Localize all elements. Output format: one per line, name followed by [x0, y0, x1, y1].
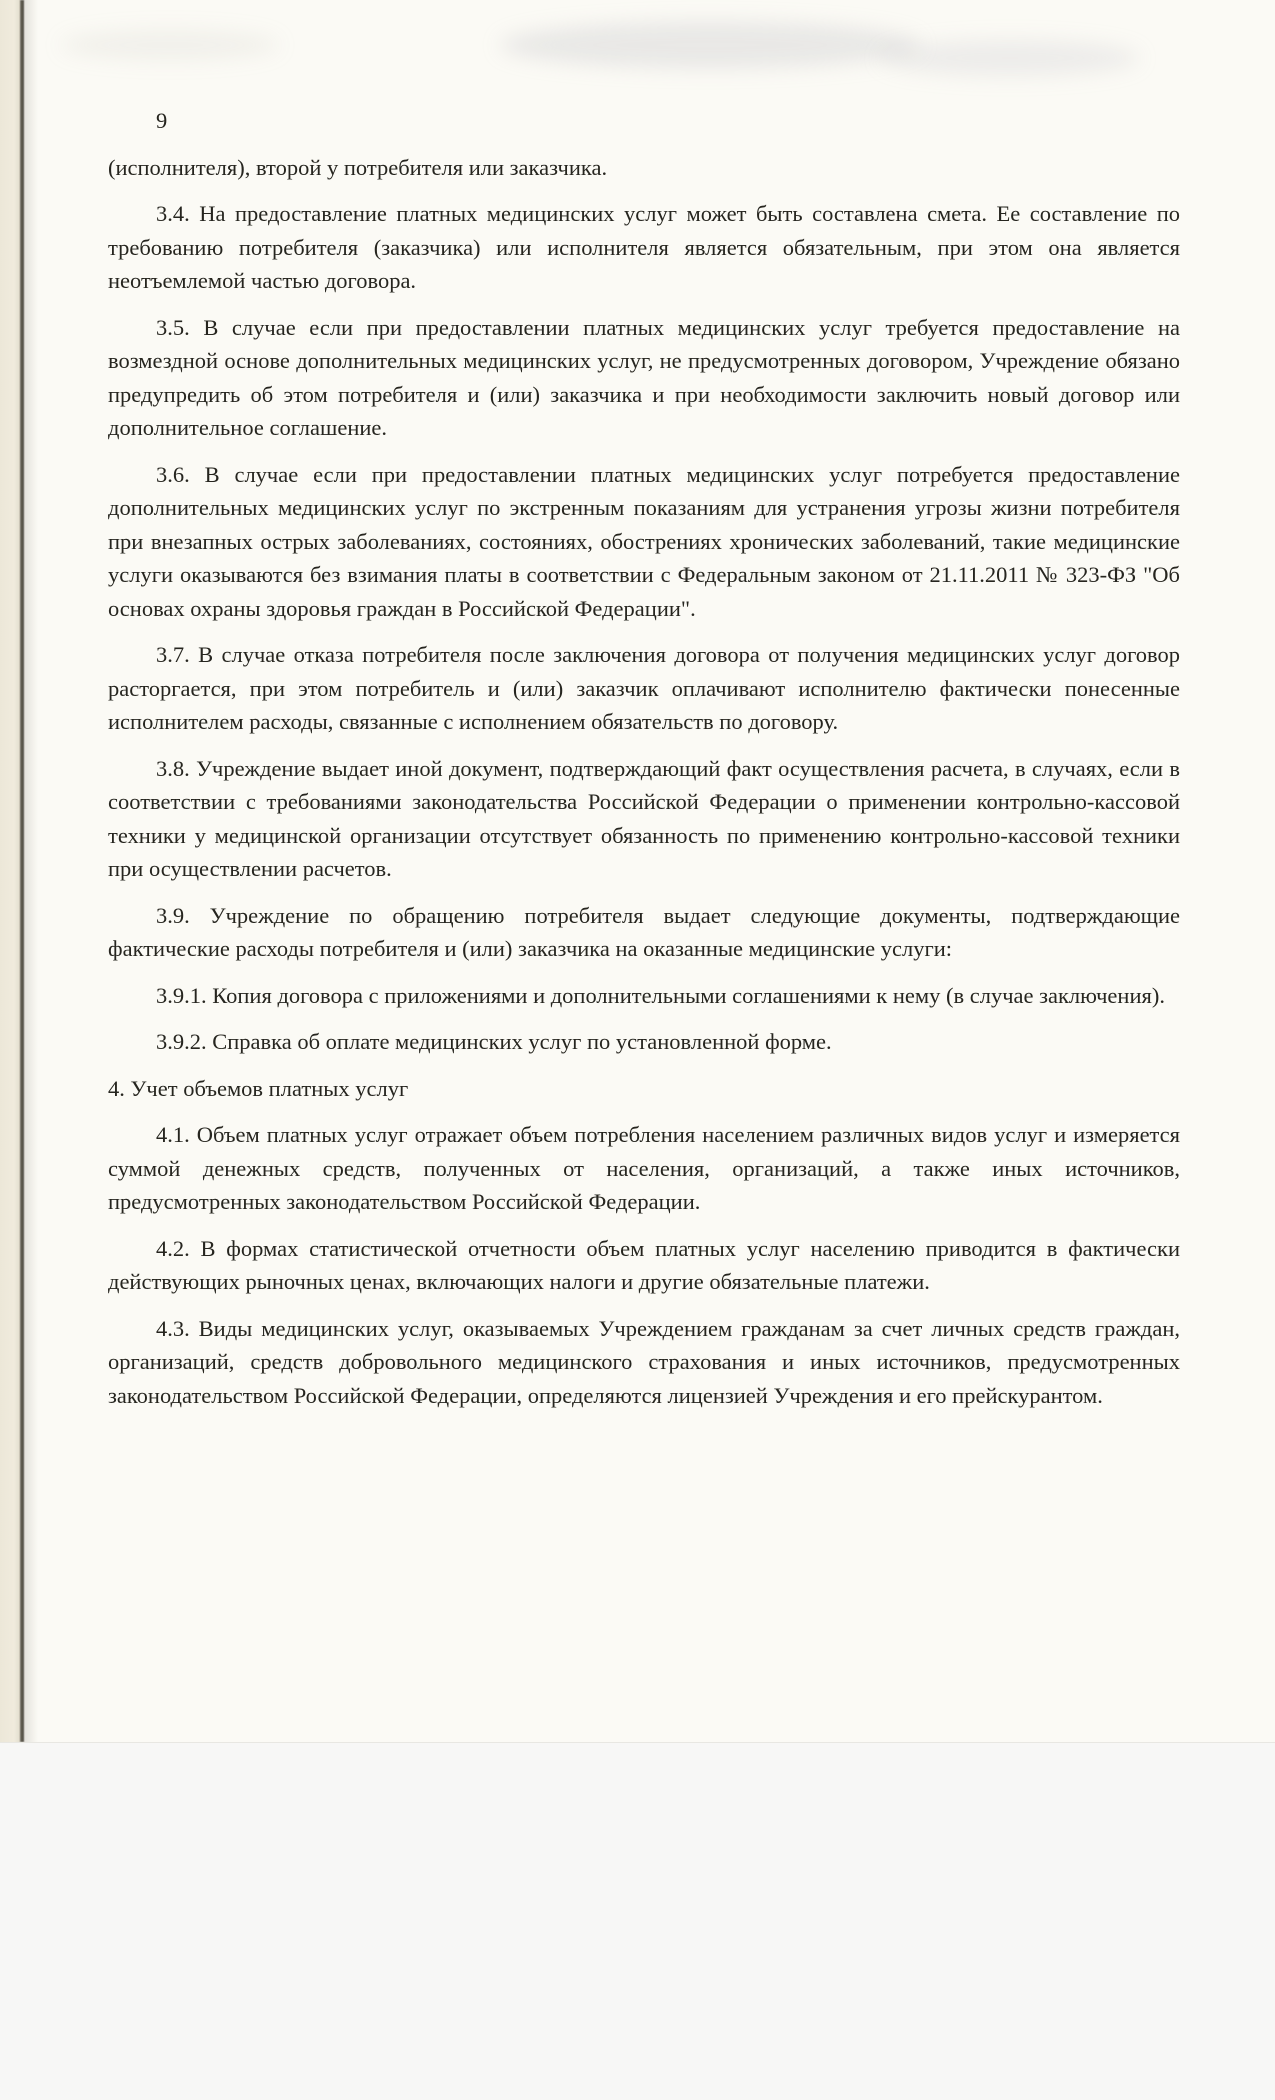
section-4-heading: 4. Учет объемов платных услуг: [108, 1072, 1180, 1106]
document-body: 9 (исполнителя), второй у потребителя ил…: [108, 104, 1180, 1425]
paragraph-3-8: 3.8. Учреждение выдает иной документ, по…: [108, 752, 1180, 886]
paragraph-4-3: 4.3. Виды медицинских услуг, оказываемых…: [108, 1312, 1180, 1413]
paragraph-4-2: 4.2. В формах статистической отчетности …: [108, 1232, 1180, 1299]
scan-artifact: [500, 22, 920, 68]
scan-edge-strip: [0, 0, 20, 1742]
paragraph-3-7: 3.7. В случае отказа потребителя после з…: [108, 638, 1180, 739]
paragraph-4-1: 4.1. Объем платных услуг отражает объем …: [108, 1118, 1180, 1219]
continuation-text: (исполнителя), второй у потребителя или …: [108, 151, 1180, 185]
paragraph-3-9-1: 3.9.1. Копия договора с приложениями и д…: [108, 979, 1180, 1013]
paragraph-3-4: 3.4. На предоставление платных медицинск…: [108, 197, 1180, 298]
paragraph-3-9: 3.9. Учреждение по обращению потребителя…: [108, 899, 1180, 966]
scan-artifact: [880, 40, 1140, 76]
scan-edge-shadow: [24, 0, 38, 1742]
page-number: 9: [108, 104, 1180, 138]
scan-artifact: [60, 30, 280, 60]
scanned-document-page: 9 (исполнителя), второй у потребителя ил…: [0, 0, 1275, 1742]
paragraph-3-6: 3.6. В случае если при предоставлении пл…: [108, 458, 1180, 626]
paragraph-3-9-2: 3.9.2. Справка об оплате медицинских усл…: [108, 1025, 1180, 1059]
paragraph-3-5: 3.5. В случае если при предоставлении пл…: [108, 311, 1180, 445]
scanner-background: [0, 1742, 1275, 2100]
